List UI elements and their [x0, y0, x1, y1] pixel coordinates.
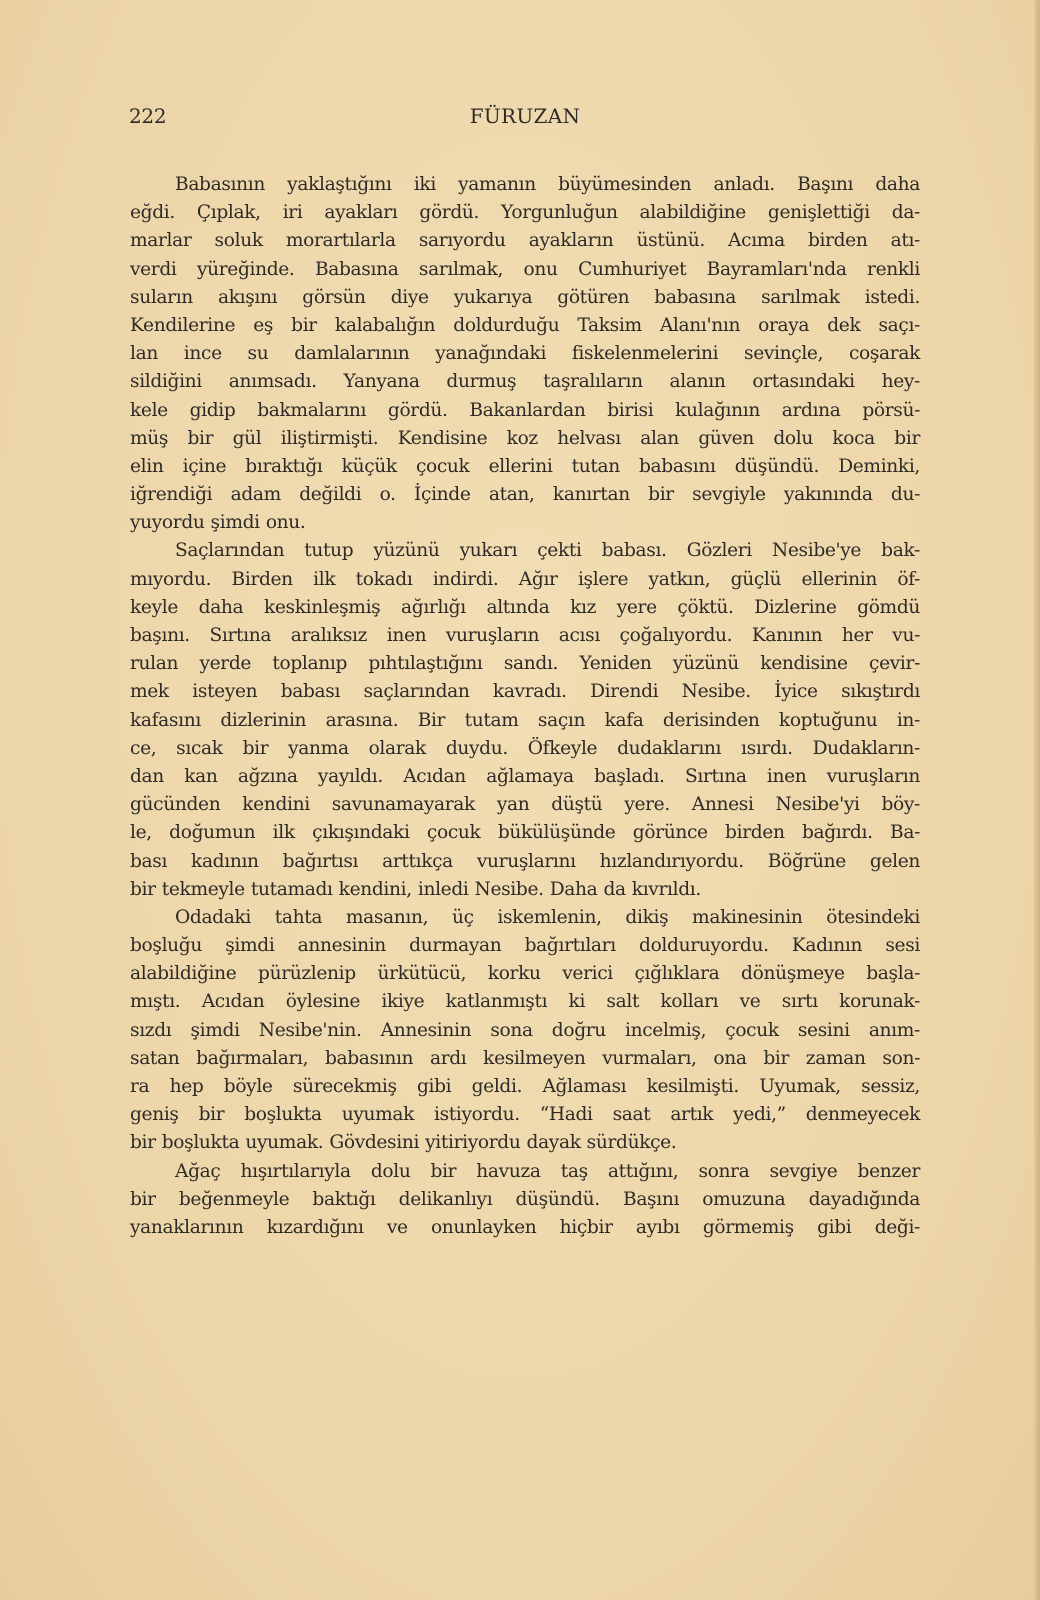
text-line: marlar soluk morartılarla sarıyordu ayak…	[130, 227, 920, 255]
text-line: eğdi. Çıplak, iri ayakları gördü. Yorgun…	[130, 199, 920, 227]
text-line: müş bir gül iliştirmişti. Kendisine koz …	[130, 425, 920, 453]
text-line: alabildiğine pürüzlenip ürkütücü, korku …	[130, 960, 920, 988]
text-line: mıştı. Acıdan öylesine ikiye katlanmıştı…	[130, 988, 920, 1016]
text-line: mek isteyen babası saçlarından kavradı. …	[130, 678, 920, 706]
text-line: mıyordu. Birden ilk tokadı indirdi. Ağır…	[130, 566, 920, 594]
text-line: sildiğini anımsadı. Yanyana durmuş taşra…	[130, 368, 920, 396]
text-line: bir tekmeyle tutamadı kendini, inledi Ne…	[130, 876, 920, 904]
text-line: geniş bir boşlukta uyumak istiyordu. “Ha…	[130, 1101, 920, 1129]
body-text: Babasının yaklaştığını iki yamanın büyüm…	[130, 171, 920, 1242]
text-line: başını. Sırtına aralıksız inen vuruşları…	[130, 622, 920, 650]
text-line: dan kan ağzına yayıldı. Acıdan ağlamaya …	[130, 763, 920, 791]
text-line: yanaklarının kızardığını ve onunlayken h…	[130, 1214, 920, 1242]
text-line: iğrendiği adam değildi o. İçinde atan, k…	[130, 481, 920, 509]
text-line: bası kadının bağırtısı arttıkça vuruşlar…	[130, 848, 920, 876]
text-line: Ağaç hışırtılarıyla dolu bir havuza taş …	[130, 1158, 920, 1186]
text-line: Kendilerine eş bir kalabalığın doldurduğ…	[130, 312, 920, 340]
text-line: keyle daha keskinleşmiş ağırlığı altında…	[130, 594, 920, 622]
text-line: boşluğu şimdi annesinin durmayan bağırtı…	[130, 932, 920, 960]
text-line: lan ince su damlalarının yanağındaki fis…	[130, 340, 920, 368]
text-line: kafasını dizlerinin arasına. Bir tutam s…	[130, 707, 920, 735]
text-line: rulan yerde toplanıp pıhtılaştığını sand…	[130, 650, 920, 678]
text-line: satan bağırmaları, babasının ardı kesilm…	[130, 1045, 920, 1073]
page-header: 222 FÜRUZAN	[129, 104, 921, 134]
text-line: gücünden kendini savunamayarak yan düştü…	[130, 791, 920, 819]
text-line: Saçlarından tutup yüzünü yukarı çekti ba…	[130, 537, 920, 565]
text-line: sızdı şimdi Nesibe'nin. Annesinin sona d…	[130, 1017, 920, 1045]
text-line: bir boşlukta uyumak. Gövdesini yitiriyor…	[130, 1129, 920, 1157]
text-line: ra hep böyle sürecekmiş gibi geldi. Ağla…	[130, 1073, 920, 1101]
text-line: bir beğenmeyle baktığı delikanlıyı düşün…	[130, 1186, 920, 1214]
running-head: FÜRUZAN	[129, 104, 921, 128]
text-line: yuyordu şimdi onu.	[130, 509, 920, 537]
page-edge	[1034, 0, 1040, 1600]
text-line: Odadaki tahta masanın, üç iskemlenin, di…	[130, 904, 920, 932]
text-line: elin içine bıraktığı küçük çocuk ellerin…	[130, 453, 920, 481]
text-line: kele gidip bakmalarını gördü. Bakanlarda…	[130, 397, 920, 425]
text-line: suların akışını görsün diye yukarıya göt…	[130, 284, 920, 312]
text-line: Babasının yaklaştığını iki yamanın büyüm…	[130, 171, 920, 199]
text-line: verdi yüreğinde. Babasına sarılmak, onu …	[130, 256, 920, 284]
text-line: ce, sıcak bir yanma olarak duydu. Öfkeyl…	[130, 735, 920, 763]
text-line: le, doğumun ilk çıkışındaki çocuk bükülü…	[130, 819, 920, 847]
